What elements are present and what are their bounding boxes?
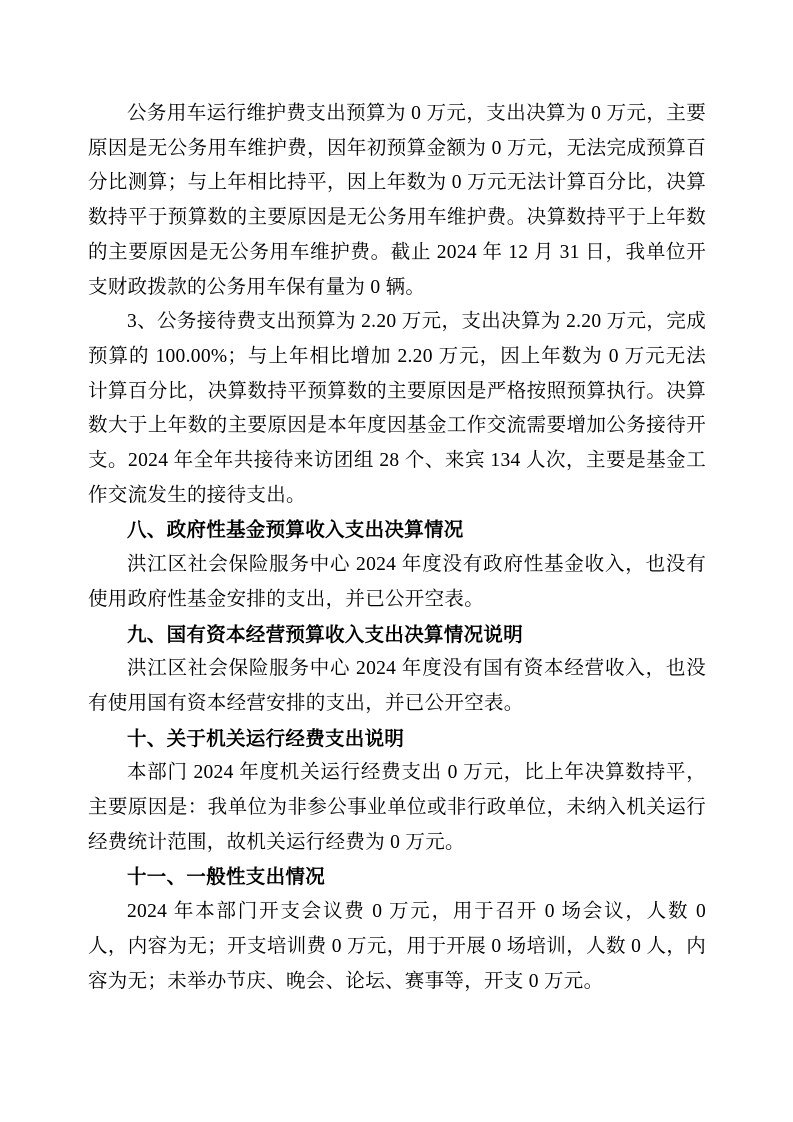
heading-section-eleven-general-expenditure: 十一、一般性支出情况 xyxy=(88,860,706,895)
paragraph-official-reception-expense: 3、公务接待费支出预算为 2.20 万元，支出决算为 2.20 万元，完成预算的… xyxy=(88,305,706,513)
heading-section-nine-state-capital: 九、国有资本经营预算收入支出决算情况说明 xyxy=(88,618,706,653)
document-content: 公务用车运行维护费支出预算为 0 万元，支出决算为 0 万元，主要原因是无公务用… xyxy=(88,97,706,999)
paragraph-agency-operating-expense: 本部门 2024 年度机关运行经费支出 0 万元，比上年决算数持平，主要原因是：… xyxy=(88,756,706,860)
paragraph-official-vehicle-maintenance: 公务用车运行维护费支出预算为 0 万元，支出决算为 0 万元，主要原因是无公务用… xyxy=(88,97,706,305)
heading-section-eight-government-funds: 八、政府性基金预算收入支出决算情况 xyxy=(88,513,706,548)
document-page: 公务用车运行维护费支出预算为 0 万元，支出决算为 0 万元，主要原因是无公务用… xyxy=(0,0,793,1122)
paragraph-government-funds-statement: 洪江区社会保险服务中心 2024 年度没有政府性基金收入，也没有使用政府性基金安… xyxy=(88,548,706,617)
paragraph-general-expenditure: 2024 年本部门开支会议费 0 万元，用于召开 0 场会议，人数 0 人，内容… xyxy=(88,895,706,999)
heading-section-ten-agency-operating-expense: 十、关于机关运行经费支出说明 xyxy=(88,722,706,757)
paragraph-state-capital-statement: 洪江区社会保险服务中心 2024 年度没有国有资本经营收入，也没有使用国有资本经… xyxy=(88,652,706,721)
